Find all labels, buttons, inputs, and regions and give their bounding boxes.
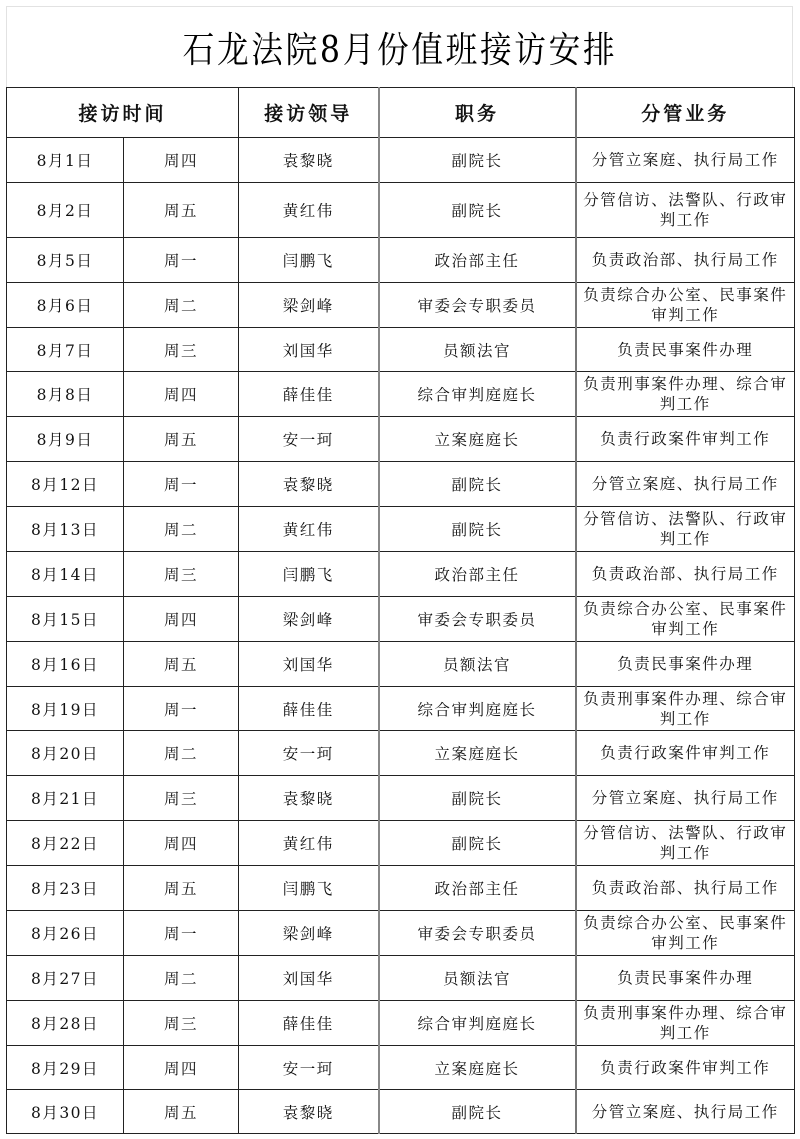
weekday-cell: 周二 [124, 283, 239, 328]
position-cell: 综合审判庭庭长 [379, 372, 576, 417]
weekday-cell: 周四 [124, 372, 239, 417]
leader-cell: 安一珂 [239, 417, 379, 462]
position-cell: 员额法官 [379, 642, 576, 687]
responsibilities-cell: 分管立案庭、执行局工作 [576, 776, 795, 821]
date-cell: 8月12日 [7, 462, 124, 507]
weekday-cell: 周二 [124, 507, 239, 552]
weekday-cell: 周二 [124, 731, 239, 776]
table-row: 8月16日 周五 刘国华 员额法官 负责民事案件办理 [7, 642, 795, 687]
position-cell: 政治部主任 [379, 552, 576, 597]
reception-schedule-table: 接访时间 接访领导 职务 分管业务 8月1日 周四 袁黎晓 副院长 分管立案庭、… [6, 87, 795, 1134]
weekday-cell: 周三 [124, 328, 239, 372]
table-row: 8月13日 周二 黄红伟 副院长 分管信访、法警队、行政审判工作 [7, 507, 795, 552]
date-cell: 8月7日 [7, 328, 124, 372]
weekday-cell: 周三 [124, 552, 239, 597]
date-cell: 8月5日 [7, 238, 124, 283]
date-cell: 8月22日 [7, 821, 124, 866]
leader-cell: 袁黎晓 [239, 462, 379, 507]
weekday-cell: 周四 [124, 821, 239, 866]
leader-cell: 薛佳佳 [239, 1001, 379, 1046]
leader-cell: 梁剑峰 [239, 911, 379, 956]
table-row: 8月6日 周二 梁剑峰 审委会专职委员 负责综合办公室、民事案件审判工作 [7, 283, 795, 328]
leader-cell: 黄红伟 [239, 507, 379, 552]
date-cell: 8月6日 [7, 283, 124, 328]
weekday-cell: 周四 [124, 1046, 239, 1090]
date-cell: 8月29日 [7, 1046, 124, 1090]
page-title: 石龙法院8月份值班接访安排 [182, 22, 617, 73]
position-cell: 综合审判庭庭长 [379, 687, 576, 731]
weekday-cell: 周三 [124, 776, 239, 821]
leader-cell: 闫鹏飞 [239, 866, 379, 911]
table-row: 8月1日 周四 袁黎晓 副院长 分管立案庭、执行局工作 [7, 138, 795, 183]
leader-cell: 安一珂 [239, 731, 379, 776]
header-reception-leader: 接访领导 [239, 88, 379, 138]
responsibilities-cell: 分管立案庭、执行局工作 [576, 138, 795, 183]
table-header-row: 接访时间 接访领导 职务 分管业务 [7, 88, 795, 138]
responsibilities-cell: 负责民事案件办理 [576, 956, 795, 1001]
date-cell: 8月14日 [7, 552, 124, 597]
position-cell: 副院长 [379, 821, 576, 866]
responsibilities-cell: 负责行政案件审判工作 [576, 417, 795, 462]
weekday-cell: 周五 [124, 183, 239, 238]
date-cell: 8月15日 [7, 597, 124, 642]
header-position: 职务 [379, 88, 576, 138]
responsibilities-cell: 分管立案庭、执行局工作 [576, 462, 795, 507]
responsibilities-cell: 负责行政案件审判工作 [576, 1046, 795, 1090]
responsibilities-cell: 负责政治部、执行局工作 [576, 552, 795, 597]
date-cell: 8月28日 [7, 1001, 124, 1046]
responsibilities-cell: 负责政治部、执行局工作 [576, 238, 795, 283]
weekday-cell: 周一 [124, 238, 239, 283]
position-cell: 政治部主任 [379, 238, 576, 283]
leader-cell: 闫鹏飞 [239, 552, 379, 597]
date-cell: 8月30日 [7, 1090, 124, 1134]
responsibilities-cell: 负责综合办公室、民事案件审判工作 [576, 597, 795, 642]
table-row: 8月28日 周三 薛佳佳 综合审判庭庭长 负责刑事案件办理、综合审判工作 [7, 1001, 795, 1046]
header-reception-time: 接访时间 [7, 88, 239, 138]
responsibilities-cell: 负责行政案件审判工作 [576, 731, 795, 776]
responsibilities-cell: 分管信访、法警队、行政审判工作 [576, 183, 795, 238]
title-box: 石龙法院8月份值班接访安排 [6, 6, 793, 87]
date-cell: 8月1日 [7, 138, 124, 183]
leader-cell: 黄红伟 [239, 821, 379, 866]
weekday-cell: 周二 [124, 956, 239, 1001]
date-cell: 8月20日 [7, 731, 124, 776]
position-cell: 政治部主任 [379, 866, 576, 911]
position-cell: 副院长 [379, 507, 576, 552]
position-cell: 审委会专职委员 [379, 911, 576, 956]
position-cell: 副院长 [379, 183, 576, 238]
date-cell: 8月23日 [7, 866, 124, 911]
responsibilities-cell: 负责刑事案件办理、综合审判工作 [576, 687, 795, 731]
weekday-cell: 周五 [124, 417, 239, 462]
table-row: 8月9日 周五 安一珂 立案庭庭长 负责行政案件审判工作 [7, 417, 795, 462]
table-row: 8月8日 周四 薛佳佳 综合审判庭庭长 负责刑事案件办理、综合审判工作 [7, 372, 795, 417]
position-cell: 立案庭庭长 [379, 731, 576, 776]
table-row: 8月12日 周一 袁黎晓 副院长 分管立案庭、执行局工作 [7, 462, 795, 507]
responsibilities-cell: 负责综合办公室、民事案件审判工作 [576, 283, 795, 328]
leader-cell: 黄红伟 [239, 183, 379, 238]
leader-cell: 刘国华 [239, 328, 379, 372]
position-cell: 审委会专职委员 [379, 283, 576, 328]
responsibilities-cell: 分管信访、法警队、行政审判工作 [576, 821, 795, 866]
responsibilities-cell: 负责综合办公室、民事案件审判工作 [576, 911, 795, 956]
date-cell: 8月26日 [7, 911, 124, 956]
table-row: 8月22日 周四 黄红伟 副院长 分管信访、法警队、行政审判工作 [7, 821, 795, 866]
weekday-cell: 周五 [124, 642, 239, 687]
weekday-cell: 周五 [124, 1090, 239, 1134]
date-cell: 8月27日 [7, 956, 124, 1001]
position-cell: 副院长 [379, 776, 576, 821]
position-cell: 员额法官 [379, 328, 576, 372]
position-cell: 副院长 [379, 1090, 576, 1134]
leader-cell: 闫鹏飞 [239, 238, 379, 283]
table-body: 8月1日 周四 袁黎晓 副院长 分管立案庭、执行局工作 8月2日 周五 黄红伟 … [7, 138, 795, 1134]
weekday-cell: 周三 [124, 1001, 239, 1046]
table-row: 8月7日 周三 刘国华 员额法官 负责民事案件办理 [7, 328, 795, 372]
responsibilities-cell: 负责政治部、执行局工作 [576, 866, 795, 911]
table-row: 8月26日 周一 梁剑峰 审委会专职委员 负责综合办公室、民事案件审判工作 [7, 911, 795, 956]
position-cell: 立案庭庭长 [379, 417, 576, 462]
leader-cell: 安一珂 [239, 1046, 379, 1090]
leader-cell: 薛佳佳 [239, 372, 379, 417]
leader-cell: 薛佳佳 [239, 687, 379, 731]
date-cell: 8月13日 [7, 507, 124, 552]
table-row: 8月19日 周一 薛佳佳 综合审判庭庭长 负责刑事案件办理、综合审判工作 [7, 687, 795, 731]
leader-cell: 刘国华 [239, 956, 379, 1001]
weekday-cell: 周一 [124, 911, 239, 956]
date-cell: 8月16日 [7, 642, 124, 687]
position-cell: 副院长 [379, 138, 576, 183]
date-cell: 8月21日 [7, 776, 124, 821]
weekday-cell: 周五 [124, 866, 239, 911]
responsibilities-cell: 负责刑事案件办理、综合审判工作 [576, 1001, 795, 1046]
responsibilities-cell: 分管立案庭、执行局工作 [576, 1090, 795, 1134]
leader-cell: 梁剑峰 [239, 597, 379, 642]
table-row: 8月2日 周五 黄红伟 副院长 分管信访、法警队、行政审判工作 [7, 183, 795, 238]
table-row: 8月21日 周三 袁黎晓 副院长 分管立案庭、执行局工作 [7, 776, 795, 821]
leader-cell: 袁黎晓 [239, 776, 379, 821]
responsibilities-cell: 分管信访、法警队、行政审判工作 [576, 507, 795, 552]
leader-cell: 袁黎晓 [239, 138, 379, 183]
weekday-cell: 周四 [124, 138, 239, 183]
table-row: 8月15日 周四 梁剑峰 审委会专职委员 负责综合办公室、民事案件审判工作 [7, 597, 795, 642]
table-row: 8月29日 周四 安一珂 立案庭庭长 负责行政案件审判工作 [7, 1046, 795, 1090]
leader-cell: 刘国华 [239, 642, 379, 687]
position-cell: 立案庭庭长 [379, 1046, 576, 1090]
weekday-cell: 周四 [124, 597, 239, 642]
position-cell: 员额法官 [379, 956, 576, 1001]
leader-cell: 袁黎晓 [239, 1090, 379, 1134]
responsibilities-cell: 负责刑事案件办理、综合审判工作 [576, 372, 795, 417]
header-responsibilities: 分管业务 [576, 88, 795, 138]
position-cell: 综合审判庭庭长 [379, 1001, 576, 1046]
table-row: 8月5日 周一 闫鹏飞 政治部主任 负责政治部、执行局工作 [7, 238, 795, 283]
table-row: 8月27日 周二 刘国华 员额法官 负责民事案件办理 [7, 956, 795, 1001]
date-cell: 8月9日 [7, 417, 124, 462]
responsibilities-cell: 负责民事案件办理 [576, 328, 795, 372]
position-cell: 副院长 [379, 462, 576, 507]
responsibilities-cell: 负责民事案件办理 [576, 642, 795, 687]
date-cell: 8月19日 [7, 687, 124, 731]
table-row: 8月14日 周三 闫鹏飞 政治部主任 负责政治部、执行局工作 [7, 552, 795, 597]
date-cell: 8月2日 [7, 183, 124, 238]
date-cell: 8月8日 [7, 372, 124, 417]
weekday-cell: 周一 [124, 687, 239, 731]
table-row: 8月23日 周五 闫鹏飞 政治部主任 负责政治部、执行局工作 [7, 866, 795, 911]
weekday-cell: 周一 [124, 462, 239, 507]
table-row: 8月30日 周五 袁黎晓 副院长 分管立案庭、执行局工作 [7, 1090, 795, 1134]
table-row: 8月20日 周二 安一珂 立案庭庭长 负责行政案件审判工作 [7, 731, 795, 776]
position-cell: 审委会专职委员 [379, 597, 576, 642]
leader-cell: 梁剑峰 [239, 283, 379, 328]
